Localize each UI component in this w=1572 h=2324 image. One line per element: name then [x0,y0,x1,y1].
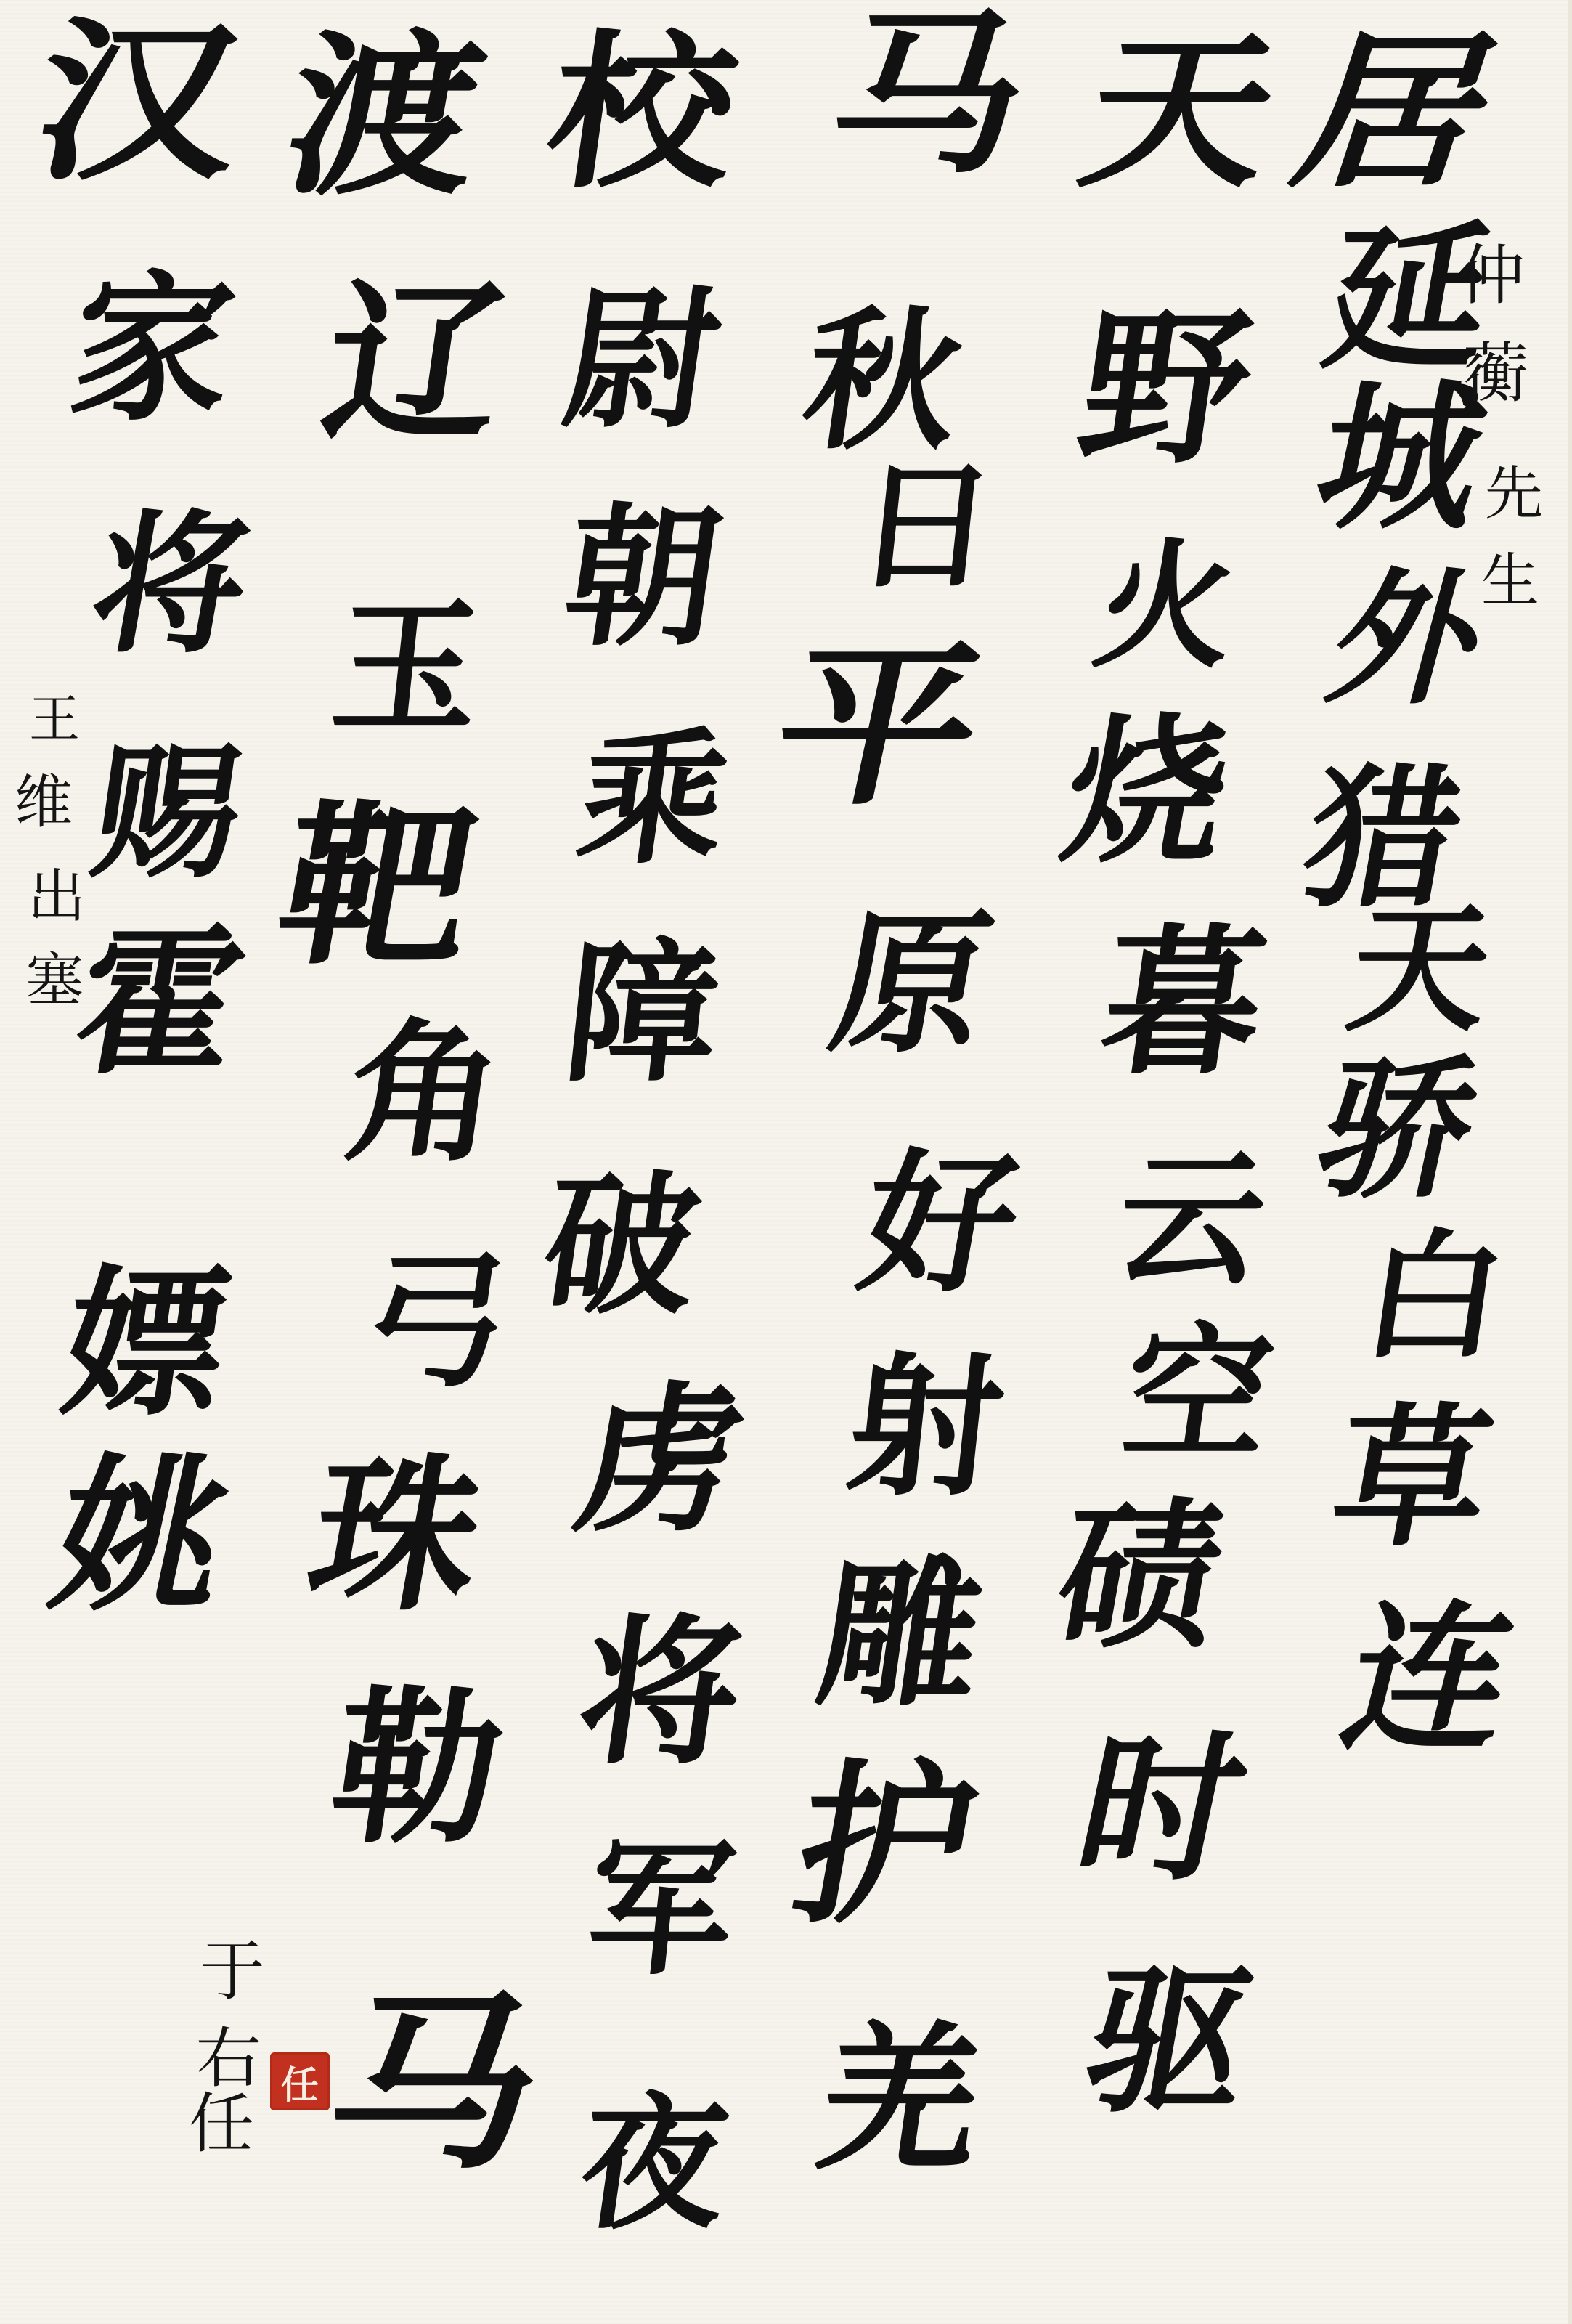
poem-char: 野 [1070,305,1261,472]
poem-char: 汉 [25,15,251,189]
poem-char: 雕 [810,1554,992,1714]
poem-char: 校 [539,29,746,196]
poem-char: 驱 [1075,1961,1263,2121]
poem-char: 尉 [555,283,730,436]
poem-char: 朝 [555,501,730,654]
poem-char: 将 [570,1612,752,1772]
poem-char: 云 [1105,1147,1276,1293]
poem-char: 障 [558,937,727,1089]
poem-char: 渡 [274,29,496,203]
poem-char: 好 [850,1147,1030,1300]
dedication-char: 仲 [1459,243,1525,309]
poem-char: 乘 [571,726,736,871]
poem-char: 勒 [322,1685,513,1852]
scroll-edge [1568,0,1572,2324]
dedication-char: 蘅 [1463,341,1528,407]
poem-char: 马 [311,1990,559,2179]
poem-char: 弓 [353,1249,518,1394]
poem-char: 骄 [1306,1053,1491,1206]
poem-char: 珠 [298,1452,494,1620]
attribution-char: 塞 [25,951,84,1009]
poem-char: 天 [1070,29,1290,196]
poem-char: 军 [580,1837,741,1983]
poem-char: 辽 [314,276,513,450]
poem-char: 白 [1356,1227,1513,1365]
poem-char: 家 [62,269,244,428]
red-seal-stamp: 任 [270,2052,330,2110]
poem-char: 草 [1322,1402,1502,1554]
signature-char: 任 [189,2092,254,2157]
poem-char: 虏 [567,1380,755,1540]
poem-char: 烧 [1054,712,1242,871]
poem-char: 马 [818,7,1040,182]
poem-char: 原 [821,908,1001,1060]
dedication-char: 生 [1481,552,1539,610]
poem-char: 空 [1115,1322,1281,1467]
seal-glyph: 任 [281,2055,319,2109]
poem-char: 射 [842,1351,1010,1503]
attribution-char: 维 [15,773,73,832]
poem-char: 将 [81,508,260,661]
poem-char: 火 [1087,537,1245,675]
poem-char: 暮 [1093,922,1275,1082]
poem-char: 角 [338,1017,512,1169]
dedication-char: 先 [1485,465,1543,523]
poem-char: 秋 [795,305,969,458]
poem-char: 羌 [810,2019,992,2179]
signature-char: 于 [200,1939,265,2004]
poem-char: 夜 [571,2092,736,2237]
poem-char: 靶 [266,799,489,973]
poem-char: 平 [759,639,997,813]
attribution-char: 出 [28,868,86,926]
poem-char: 玉 [326,596,486,741]
poem-char: 霍 [66,922,254,1082]
poem-char: 姚 [41,1452,243,1620]
poem-char: 破 [534,1169,708,1322]
poem-char: 赐 [84,741,250,886]
poem-char: 护 [783,1758,988,1932]
poem-char: 嫖 [54,1264,237,1423]
signature-char: 右 [196,2026,261,2092]
poem-char: 日 [850,458,1002,596]
poem-char: 碛 [1046,1496,1234,1656]
poem-char: 时 [1065,1728,1259,1888]
poem-char: 天 [1341,901,1499,1039]
attribution-char: 王 [29,694,80,744]
